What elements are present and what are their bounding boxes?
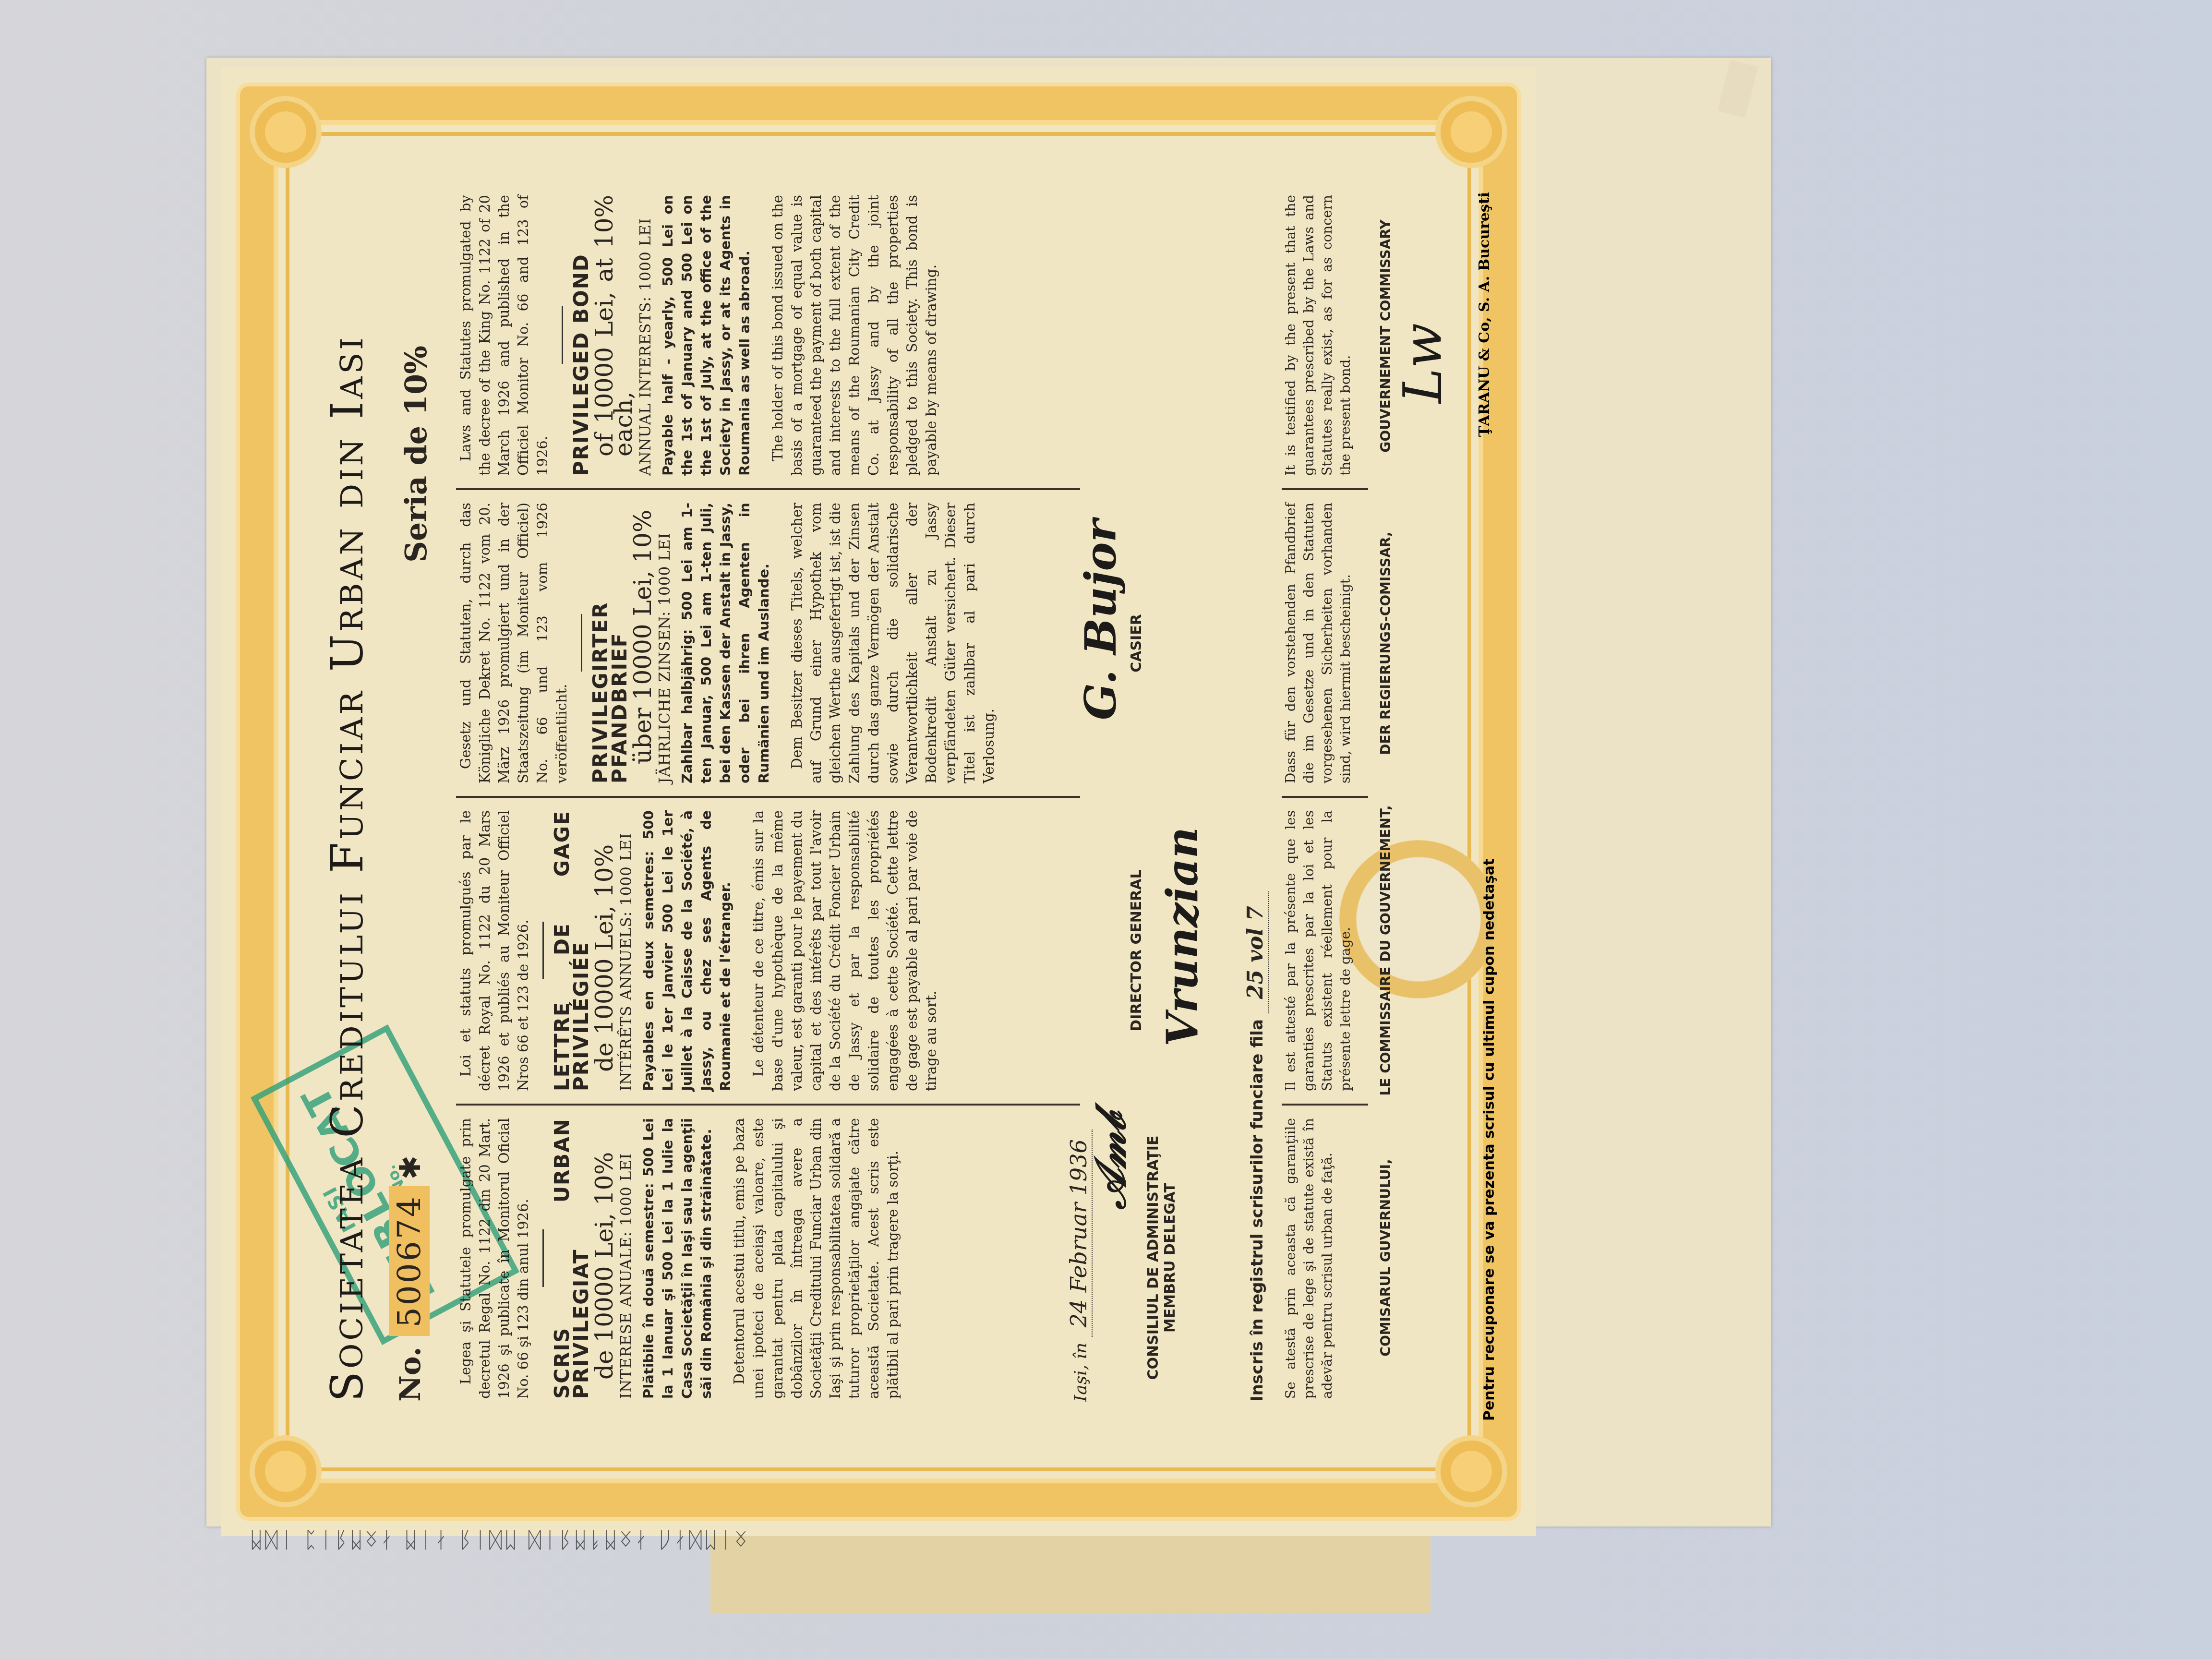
serial-number: 500674 (389, 1186, 430, 1336)
registry-entry: Inscris în registrul scrisurilor funciar… (1243, 891, 1268, 1402)
handwritten-signature: Vrunzian (1157, 827, 1208, 1046)
title-row: Societatea Creditului Funciar Urban din … (322, 173, 394, 1431)
company-title: Societatea Creditului Funciar Urban din … (322, 335, 373, 1402)
corner-ornament (250, 1435, 322, 1507)
bond-number: No.500674✱ (389, 1155, 437, 1402)
column-romanian: Legea şi Statutele promulgate prin decre… (456, 1106, 1080, 1411)
attestations: Se atestă prin aceasta că garanţiile pre… (1282, 182, 1368, 1411)
cut-coupon-text: ᛗᛞᛁ ᛈᛁᚱᛗᛟᚾ ᛗᛁᚾ ᚱᛁᛞᛖ ᛞᛁᚱᛗᚨᛗᛟᚾ ᚢᚾᛞᛖᛁᛟ (250, 1524, 1642, 1553)
attestation-english: It is testified by the present that the … (1282, 182, 1368, 490)
text-columns: Legea şi Statutele promulgate prin decre… (456, 182, 1080, 1411)
government-commissioners: COMISARUL GUVERNULUI, LE COMMISSAIRE DU … (1378, 182, 1394, 1411)
printer-imprint: ŢARANU & Co, S. A. Bucureşti (1476, 192, 1493, 437)
signature-area: CONSILIUL DE ADMINISTRAŢIE MEMBRU DELEGA… (1085, 182, 1229, 1411)
attestation-german: Dass für den vorstehenden Pfandbrief die… (1282, 490, 1368, 798)
divider (562, 307, 563, 364)
certificate-wrapper: IAŞI DEBLOCAT No. Societatea Creditului … (221, 67, 1536, 1536)
corner-ornament (1435, 96, 1507, 168)
commissioner-signature: Lw (1392, 323, 1454, 403)
column-english: Laws and Statutes promulgated by the dec… (456, 182, 1080, 490)
signatory-board-member: CONSILIUL DE ADMINISTRAŢIE MEMBRU DELEGA… (1085, 1104, 1229, 1411)
bond-certificate: IAŞI DEBLOCAT No. Societatea Creditului … (221, 67, 1536, 1536)
divider (581, 614, 582, 672)
divider (542, 922, 544, 980)
attestation-french: Il est attesté par la présente que les g… (1282, 798, 1368, 1106)
signatory-director-general: DIRECTOR GENERAL Vrunzian (1085, 797, 1229, 1104)
corner-ornament (1435, 1435, 1507, 1507)
signature-space (1085, 182, 1229, 490)
column-german: Gesetz und Statuten, durch das Königlich… (456, 490, 1080, 798)
asterisk-icon: ✱ (394, 1155, 427, 1179)
signatory-cashier: CASIER G. Bujor (1085, 490, 1229, 797)
handwritten-signature: 𝒜𝓂𝒷 (1085, 1114, 1136, 1210)
attestation-romanian: Se atestă prin aceasta că garanţiile pre… (1282, 1106, 1368, 1411)
certificate-body: IAŞI DEBLOCAT No. Societatea Creditului … (317, 173, 1450, 1431)
column-french: Loi et statuts promulgués par le décret … (456, 798, 1080, 1106)
handwritten-registry-value: 25 vol 7 (1243, 891, 1269, 1013)
footer-notice: Pentru recuponare se va prezenta scrisul… (1481, 859, 1498, 1421)
divider (542, 1230, 544, 1287)
corner-ornament (250, 96, 322, 168)
series-label: Seria de 10% (398, 346, 433, 563)
handwritten-signature: G. Bujor (1075, 519, 1126, 720)
